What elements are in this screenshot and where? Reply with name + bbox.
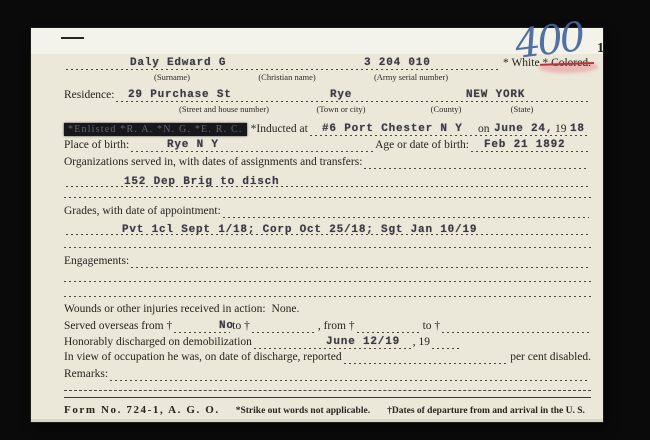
- overseas-to2-label: to †: [423, 320, 441, 333]
- surname-value: Daly Edward G: [130, 57, 226, 69]
- residence-label: Residence:: [64, 89, 114, 102]
- organizations-value-row: 152 Dep Brig to disch: [64, 173, 591, 187]
- blank-rule-4: [64, 296, 591, 297]
- place-of-birth-label: Place of birth:: [64, 139, 129, 152]
- footer-note-dagger: †Dates of departure from and arrival in …: [387, 406, 585, 416]
- engagements-label: Engagements:: [64, 255, 129, 268]
- grades-value-row: Pvt 1cl Sept 1/18; Corp Oct 25/18; Sgt J…: [64, 221, 591, 235]
- organizations-leader: [364, 159, 589, 169]
- footer-row: Form No. 724-1, A. G. O. *Strike out wor…: [64, 402, 591, 416]
- grades-row: Grades, with date of appointment:: [64, 204, 591, 218]
- handwritten-number: 400: [512, 14, 584, 68]
- discharge-row: Honorably discharged on demobilization ,…: [64, 335, 464, 349]
- inducted-at-label: *Inducted at: [251, 123, 308, 136]
- residence-row: Residence: 29 Purchase St Rye NEW YORK: [64, 88, 591, 102]
- town-label: (Town or city): [317, 104, 366, 114]
- name-labels-row: (Surname) (Christian name) (Army serial …: [64, 72, 591, 82]
- on-label: on: [478, 123, 490, 136]
- residence-labels-row: (Street and house number) (Town or city)…: [64, 104, 591, 114]
- remarks-leader: [110, 371, 589, 381]
- organizations-label: Organizations served in, with dates of a…: [64, 156, 362, 169]
- wounds-row: Wounds or other injuries received in act…: [64, 302, 591, 316]
- remarks-label: Remarks:: [64, 368, 108, 381]
- organizations-row: Organizations served in, with dates of a…: [64, 155, 591, 169]
- overseas-row: Served overseas from † to † , from † to …: [64, 319, 591, 333]
- engagements-leader: [131, 258, 589, 268]
- year-printed-19: 19: [555, 123, 567, 136]
- overseas-value: No: [219, 320, 234, 332]
- induction-place-value: #6 Port Chester N Y: [322, 123, 463, 135]
- form-number: Form No. 724-1, A. G. O.: [64, 404, 220, 416]
- disability-suffix: per cent disabled.: [510, 351, 591, 364]
- overseas-from2-label: , from †: [318, 320, 355, 333]
- birth-date-value: Feb 21 1892: [484, 139, 565, 151]
- double-rule: [64, 390, 591, 398]
- organizations-value: 152 Dep Brig to disch: [124, 176, 279, 188]
- service-record-card: 400 1 * White * Colored. Daly Edward G 3…: [31, 28, 603, 422]
- residence-town-value: Rye: [330, 89, 352, 101]
- birth-row: Place of birth: Age or date of birth: Ry…: [64, 138, 591, 152]
- discharge-year-suffix: , 19: [413, 336, 430, 349]
- serial-number-value: 3 204 010: [364, 57, 431, 69]
- christian-name-label: (Christian name): [258, 72, 315, 82]
- street-label: (Street and house number): [179, 104, 269, 114]
- birth-place-value: Rye N Y: [167, 139, 219, 151]
- discharge-label: Honorably discharged on demobilization: [64, 336, 252, 349]
- enlisted-struck-text: *Enlisted *R. A. *N. G. *E. R. C.: [64, 123, 247, 136]
- overseas-leader-3: [357, 323, 421, 333]
- disability-leader: [344, 354, 509, 364]
- engagements-row: Engagements:: [64, 254, 591, 268]
- top-left-dash-mark: [61, 37, 84, 39]
- overseas-leader-4: [442, 323, 589, 333]
- state-label: (State): [511, 104, 534, 114]
- grades-value: Pvt 1cl Sept 1/18; Corp Oct 25/18; Sgt J…: [122, 224, 477, 236]
- disability-label: In view of occupation he was, on date of…: [64, 351, 342, 364]
- overseas-label: Served overseas from †: [64, 320, 172, 333]
- blank-rule-1: [64, 197, 591, 198]
- grades-leader: [223, 208, 589, 218]
- overseas-leader-2: [252, 323, 316, 333]
- wounds-label: Wounds or other injuries received in act…: [64, 303, 266, 316]
- serial-number-label: (Army serial number): [374, 72, 448, 82]
- blank-rule-2: [64, 247, 591, 248]
- name-row: * White * Colored. Daly Edward G 3 204 0…: [64, 56, 591, 70]
- page-number: 1: [597, 41, 604, 57]
- residence-state-value: NEW YORK: [466, 89, 525, 101]
- induction-year-value: 18: [570, 123, 585, 135]
- disability-row: In view of occupation he was, on date of…: [64, 350, 591, 364]
- blank-rule-3: [64, 281, 591, 282]
- remarks-row: Remarks:: [64, 367, 591, 381]
- discharge-leader-2: [432, 339, 462, 349]
- surname-label: (Surname): [154, 72, 190, 82]
- age-label: Age or date of birth:: [375, 139, 469, 152]
- footer-note-strike: *Strike out words not applicable.: [236, 406, 370, 416]
- discharge-date-value: June 12/19: [326, 336, 400, 348]
- grades-label: Grades, with date of appointment:: [64, 205, 221, 218]
- wounds-value: None.: [272, 303, 300, 316]
- residence-street-value: 29 Purchase St: [128, 89, 232, 101]
- induction-date-value: June 24,: [494, 123, 553, 135]
- induction-row: *Enlisted *R. A. *N. G. *E. R. C. *Induc…: [64, 122, 591, 136]
- overseas-to1-label: to †: [232, 320, 250, 333]
- county-label: (County): [431, 104, 462, 114]
